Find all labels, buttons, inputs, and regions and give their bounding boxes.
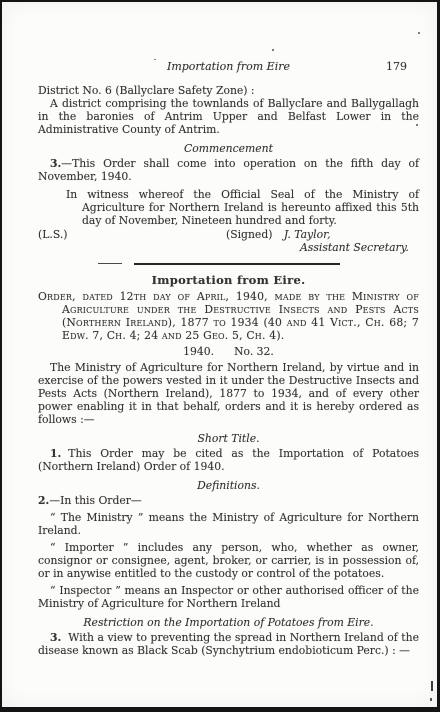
scan-edge-artifact (431, 681, 433, 691)
seal-mark: (L.S.) (38, 228, 67, 241)
section-1-text: This Order may be cited as the Importati… (38, 447, 419, 473)
enacting-paragraph: The Ministry of Agriculture for Northern… (38, 361, 419, 426)
witness-paragraph: In witness whereof the Official Seal of … (82, 188, 419, 227)
scan-speck (272, 49, 274, 51)
section-3-paragraph: 3.With a view to preventing the spread i… (38, 631, 419, 657)
page-body: Importation from Eire 179 District No. 6… (2, 2, 437, 707)
definition-ministry: “ The Ministry ” means the Ministry of A… (38, 511, 419, 537)
section-2-paragraph: 2.—In this Order— (38, 494, 419, 507)
signature-block: (L.S.) (Signed) J. Taylor, Assistant Sec… (38, 228, 419, 255)
scan-edge-artifact (430, 698, 432, 701)
commencement-heading: Commencement (38, 142, 419, 155)
signed-label: (Signed) (226, 228, 272, 241)
commencement-text: —This Order shall come into operation on… (38, 157, 419, 183)
commencement-paragraph: 3.—This Order shall come into operation … (38, 157, 419, 183)
signatory-title: Assistant Secretary. (300, 241, 409, 254)
order-year: 1940. (183, 345, 214, 358)
short-title-heading: Short Title. (38, 432, 419, 445)
scanned-document-page: Importation from Eire 179 District No. 6… (0, 0, 440, 712)
section-number: 3. (50, 157, 61, 170)
order-number: No. 32. (234, 345, 274, 358)
signed-line: (Signed) J. Taylor, (226, 228, 331, 241)
district-heading: District No. 6 (Ballyclare Safety Zone) … (38, 84, 419, 97)
order-title: Importation from Eire. (38, 274, 419, 287)
scan-speck (418, 32, 420, 34)
running-header-title: Importation from Eire (167, 60, 290, 73)
section-1-paragraph: 1.This Order may be cited as the Importa… (38, 447, 419, 473)
section-number: 3. (50, 631, 61, 644)
section-number: 1. (50, 447, 61, 460)
importation-order: Importation from Eire. Order, dated 12th… (38, 274, 419, 657)
order-number-line: 1940.No. 32. (38, 345, 419, 358)
section-divider (98, 259, 360, 268)
running-header: Importation from Eire 179 (38, 60, 419, 73)
definitions-heading: Definitions. (38, 479, 419, 492)
scan-speck (154, 59, 156, 60)
divider-rule (134, 263, 340, 265)
signatory-name: J. Taylor, (284, 228, 331, 241)
section-2-text: —In this Order— (49, 494, 141, 507)
previous-order-conclusion: District No. 6 (Ballyclare Safety Zone) … (38, 84, 419, 255)
page-number: 179 (386, 60, 407, 73)
scan-speck (302, 98, 304, 100)
district-paragraph: A district comprising the townlands of B… (38, 97, 419, 136)
definition-importer: “ Importer ” includes any person, who, w… (38, 541, 419, 580)
section-number: 2. (38, 494, 49, 507)
restriction-heading: Restriction on the Importation of Potato… (38, 616, 419, 629)
definition-inspector: “ Inspector ” means an Inspector or othe… (38, 584, 419, 610)
scan-speck (416, 124, 418, 126)
divider-dash (98, 263, 122, 264)
order-preamble: Order, dated 12th day of April, 1940, ma… (62, 290, 419, 342)
section-3-text: With a view to preventing the spread in … (38, 631, 419, 657)
